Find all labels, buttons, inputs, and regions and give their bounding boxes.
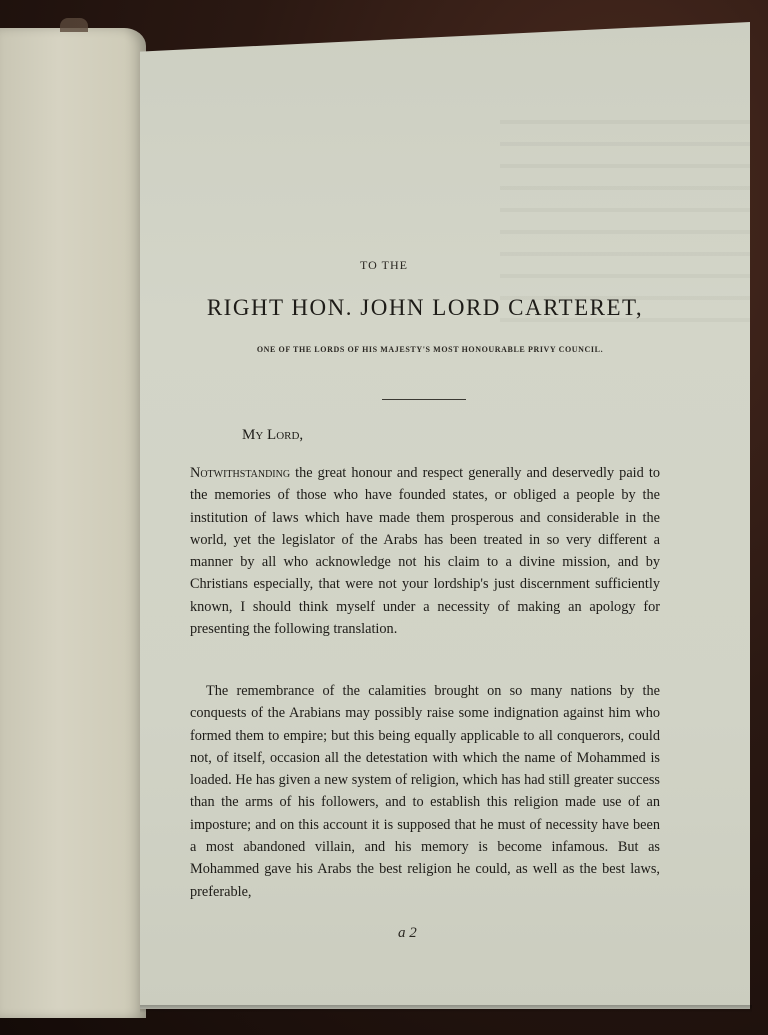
show-through-text xyxy=(500,102,768,322)
page-shadow xyxy=(140,1005,752,1013)
paragraph-text: the great honour and respect generally a… xyxy=(190,465,660,637)
paragraph-2: The remembrance of the calamities brough… xyxy=(190,680,660,903)
dedication-title: RIGHT HON. JOHN LORD CARTERET, xyxy=(200,295,650,321)
paragraph-1: Notwithstanding the great honour and res… xyxy=(190,462,660,640)
signature-mark: a 2 xyxy=(398,925,417,942)
dedication-heading: TO THE xyxy=(0,258,768,273)
dedication-subtitle: ONE OF THE LORDS OF HIS MAJESTY'S MOST H… xyxy=(220,345,640,354)
paragraph-text: The remembrance of the calamities brough… xyxy=(190,683,660,900)
lead-word: Notwithstanding xyxy=(190,465,290,481)
book-spine-edge xyxy=(60,18,88,32)
divider-rule xyxy=(382,399,466,400)
salutation: My Lord, xyxy=(242,427,303,444)
left-page xyxy=(0,28,146,1018)
